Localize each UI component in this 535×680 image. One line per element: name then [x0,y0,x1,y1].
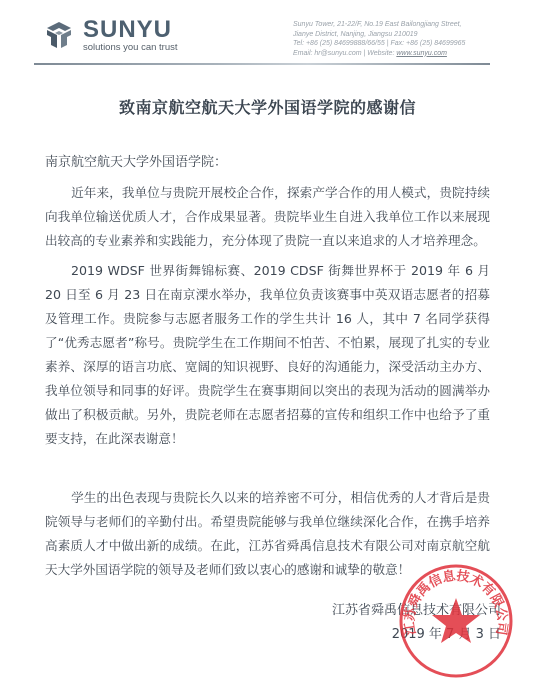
letter-date: 2019 年 7 月 3 日 [392,623,501,642]
paragraph-text: 学生的出色表现与贵院长久以来的培养密不可分，相信优秀的人才背后是贵院领导与老师们… [45,490,490,577]
address-line: Jianye District, Nanjing, Jiangsu 210019 [293,30,465,40]
signature-company: 江苏省舜禹信息技术有限公司 [332,599,501,618]
email-text: Email: hr@sunyu.com | Website: [293,50,396,57]
address-line: Tel: +86 (25) 84699888/66/55 | Fax: +86 … [293,39,465,49]
brand-tagline: solutions you can trust [83,42,178,53]
website-link[interactable]: www.sunyu.com [396,50,447,57]
sunyu-cube-logo-icon [44,20,74,50]
letter-salutation: 南京航空航天大学外国语学院： [45,151,227,170]
paragraph-text: 近年来，我单位与贵院开展校企合作，探索产学合作的用人模式，贵院持续向我单位输送优… [45,185,490,248]
brand-name: SUNYU [83,17,172,43]
company-logo [44,20,74,50]
letter-title: 致南京航空航天大学外国语学院的感谢信 [0,95,535,118]
letter-paragraph: 近年来，我单位与贵院开展校企合作，探索产学合作的用人模式，贵院持续向我单位输送优… [45,181,490,253]
letter-paragraph: 学生的出色表现与贵院长久以来的培养密不可分，相信优秀的人才背后是贵院领导与老师们… [45,486,490,582]
header-divider [34,63,490,65]
letter-paragraph: 2019 WDSF 世界街舞锦标赛、2019 CDSF 街舞世界杯于 2019 … [45,259,490,451]
paragraph-text: 2019 WDSF 世界街舞锦标赛、2019 CDSF 街舞世界杯于 2019 … [45,263,490,446]
address-line: Sunyu Tower, 21-22/F, No.19 East Bailong… [293,20,465,30]
company-address: Sunyu Tower, 21-22/F, No.19 East Bailong… [293,20,465,58]
contact-line: Email: hr@sunyu.com | Website: www.sunyu… [293,49,465,59]
